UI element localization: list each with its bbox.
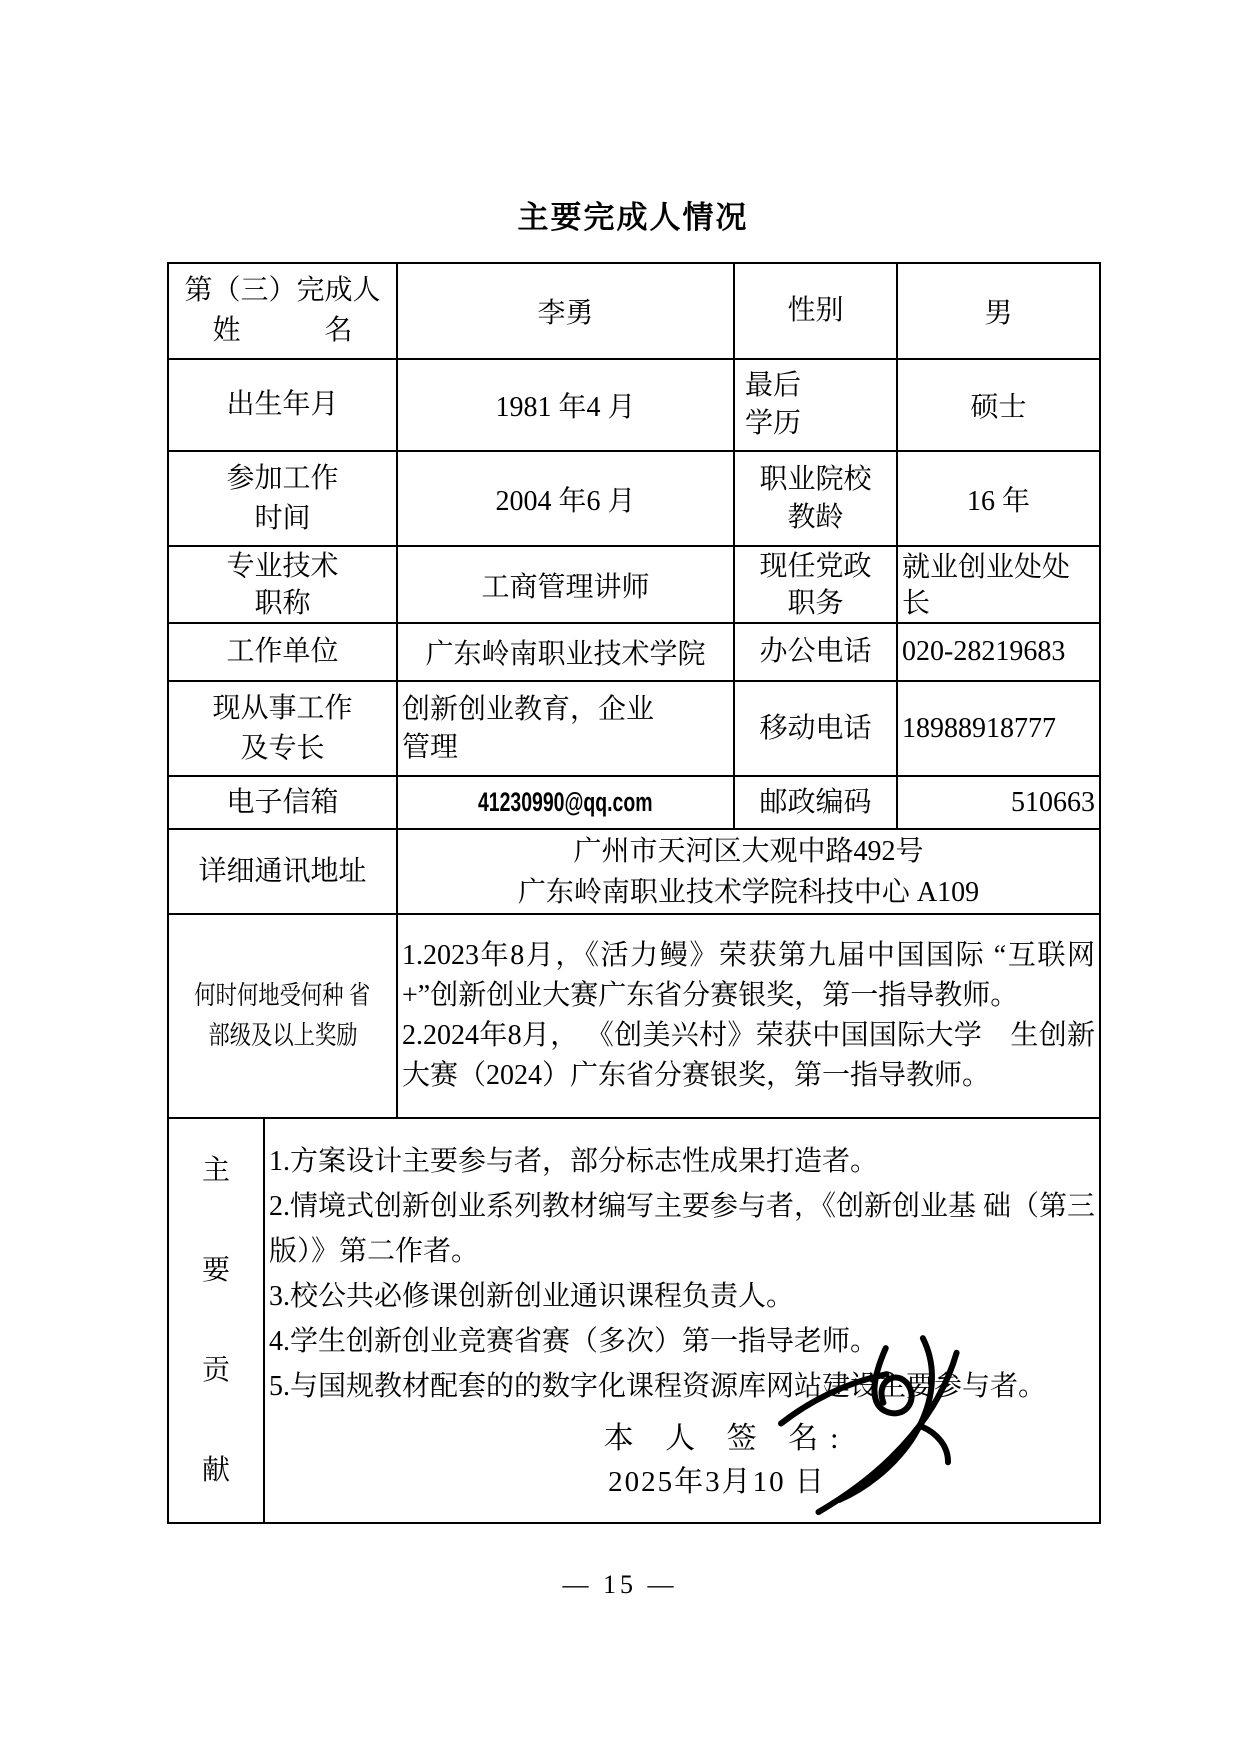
birth-value: 1981 年4 月 bbox=[397, 359, 734, 451]
name-label-cell: 第（三）完成人 姓 名 bbox=[168, 263, 397, 359]
page-number: — 15 — bbox=[0, 1570, 1240, 1600]
work-start-value: 2004 年6 月 bbox=[397, 451, 734, 546]
teaching-age-label-line2: 教龄 bbox=[739, 499, 892, 537]
awards-label-cell: 何时何地受何种 省 部级及以上奖励 bbox=[168, 914, 397, 1118]
awards-content-cell: 1.2023年8月，《活力鳗》荣获第九届中国国际 “互联网+”创新创业大赛广东省… bbox=[397, 914, 1100, 1118]
teaching-age-label-line1: 职业院校 bbox=[739, 461, 892, 499]
work-start-label-line2: 时间 bbox=[173, 499, 392, 539]
name-label-line1: 第（三）完成人 bbox=[173, 271, 392, 311]
table-row: 工作单位 广东岭南职业技术学院 办公电话 020-28219683 bbox=[168, 623, 1100, 681]
party-post-label-cell: 现任党政 职务 bbox=[734, 546, 897, 623]
award-item-1: 1.2023年8月，《活力鳗》荣获第九届中国国际 “互联网+”创新创业大赛广东省… bbox=[402, 936, 1095, 1016]
current-work-value: 创新创业教育，企业 管理 bbox=[397, 681, 734, 776]
work-unit-label: 工作单位 bbox=[168, 623, 397, 681]
contribution-content-cell: 1.方案设计主要参与者，部分标志性成果打造者。 2.情境式创新创业系列教材编写主… bbox=[264, 1118, 1100, 1523]
education-value: 硕士 bbox=[897, 359, 1100, 451]
teaching-age-value: 16 年 bbox=[897, 451, 1100, 546]
contribution-label-char1: 主 bbox=[202, 1151, 230, 1191]
email-value-cell: 41230990@qq.com bbox=[397, 776, 734, 829]
office-phone-label: 办公电话 bbox=[734, 623, 897, 681]
contribution-label-char2: 要 bbox=[202, 1251, 230, 1291]
mobile-phone-label: 移动电话 bbox=[734, 681, 897, 776]
page-title: 主要完成人情况 bbox=[167, 192, 1099, 237]
email-value: 41230990@qq.com bbox=[478, 787, 653, 818]
work-start-label-cell: 参加工作 时间 bbox=[168, 451, 397, 546]
gender-value: 男 bbox=[897, 263, 1100, 359]
postal-code-value: 510663 bbox=[897, 776, 1100, 829]
gender-label: 性别 bbox=[734, 263, 897, 359]
contribution-label: 主 要 贡 献 bbox=[173, 1123, 259, 1519]
title-label-cell: 专业技术 职称 bbox=[168, 546, 397, 623]
awards-label-line2: 部级及以上奖励 bbox=[208, 1018, 357, 1054]
title-label-line1: 专业技术 bbox=[173, 548, 392, 585]
party-post-label-line2: 职务 bbox=[739, 585, 892, 622]
current-work-label-cell: 现从事工作 及专长 bbox=[168, 681, 397, 776]
mobile-phone-value: 18988918777 bbox=[897, 681, 1100, 776]
contribution-item-2: 2.情境式创新创业系列教材编写主要参与者，《创新创业基 础（第三版）》第二作者。 bbox=[269, 1184, 1095, 1274]
address-value: 广州市天河区大观中路492号 广东岭南职业技术学院科技中心 A109 bbox=[397, 829, 1100, 914]
completer-info-table: 第（三）完成人 姓 名 李勇 性别 男 出生年月 1981 年4 月 最后 学历… bbox=[167, 262, 1101, 1524]
award-item-2: 2.2024年8月， 《创美兴村》荣获中国国际大学 生创新大赛（2024）广东省… bbox=[402, 1016, 1095, 1096]
contribution-label-char3: 贡 bbox=[202, 1351, 230, 1391]
table-row: 参加工作 时间 2004 年6 月 职业院校 教龄 16 年 bbox=[168, 451, 1100, 546]
contribution-item-1: 1.方案设计主要参与者，部分标志性成果打造者。 bbox=[269, 1139, 1095, 1184]
office-phone-value: 020-28219683 bbox=[897, 623, 1100, 681]
awards-label-line1: 何时何地受何种 省 bbox=[195, 978, 371, 1014]
birth-label: 出生年月 bbox=[168, 359, 397, 451]
name-value: 李勇 bbox=[397, 263, 734, 359]
education-label-line1: 最后 bbox=[745, 367, 892, 405]
postal-code-label: 邮政编码 bbox=[734, 776, 897, 829]
work-start-label-line1: 参加工作 bbox=[173, 459, 392, 499]
name-label-line2: 姓 名 bbox=[173, 311, 392, 351]
party-post-value: 就业创业处处长 bbox=[897, 546, 1100, 623]
table-row: 详细通讯地址 广州市天河区大观中路492号 广东岭南职业技术学院科技中心 A10… bbox=[168, 829, 1100, 914]
contribution-item-3: 3.校公共必修课创新创业通识课程负责人。 bbox=[269, 1274, 1095, 1319]
table-row: 现从事工作 及专长 创新创业教育，企业 管理 移动电话 18988918777 bbox=[168, 681, 1100, 776]
table-row: 电子信箱 41230990@qq.com 邮政编码 510663 bbox=[168, 776, 1100, 829]
education-label-line2: 学历 bbox=[745, 405, 892, 443]
party-post-label-line1: 现任党政 bbox=[739, 548, 892, 585]
document-page: 主要完成人情况 第（三）完成人 姓 名 李勇 性别 男 出生年月 1981 年4… bbox=[0, 0, 1240, 1753]
teaching-age-label-cell: 职业院校 教龄 bbox=[734, 451, 897, 546]
current-work-label-line1: 现从事工作 bbox=[173, 689, 392, 729]
address-label: 详细通讯地址 bbox=[168, 829, 397, 914]
table-row: 第（三）完成人 姓 名 李勇 性别 男 bbox=[168, 263, 1100, 359]
work-unit-value: 广东岭南职业技术学院 bbox=[397, 623, 734, 681]
title-label-line2: 职称 bbox=[173, 585, 392, 622]
signature-image bbox=[765, 1324, 998, 1523]
contribution-label-char4: 献 bbox=[202, 1451, 230, 1491]
education-label-cell: 最后 学历 bbox=[734, 359, 897, 451]
table-row: 出生年月 1981 年4 月 最后 学历 硕士 bbox=[168, 359, 1100, 451]
title-value: 工商管理讲师 bbox=[397, 546, 734, 623]
current-work-label-line2: 及专长 bbox=[173, 729, 392, 769]
table-row: 专业技术 职称 工商管理讲师 现任党政 职务 就业创业处处长 bbox=[168, 546, 1100, 623]
table-row: 何时何地受何种 省 部级及以上奖励 1.2023年8月，《活力鳗》荣获第九届中国… bbox=[168, 914, 1100, 1118]
table-row: 主 要 贡 献 1.方案设计主要参与者，部分标志性成果打造者。 2.情境式创新创… bbox=[168, 1118, 1100, 1523]
contribution-label-cell: 主 要 贡 献 bbox=[168, 1118, 264, 1523]
email-label: 电子信箱 bbox=[168, 776, 397, 829]
